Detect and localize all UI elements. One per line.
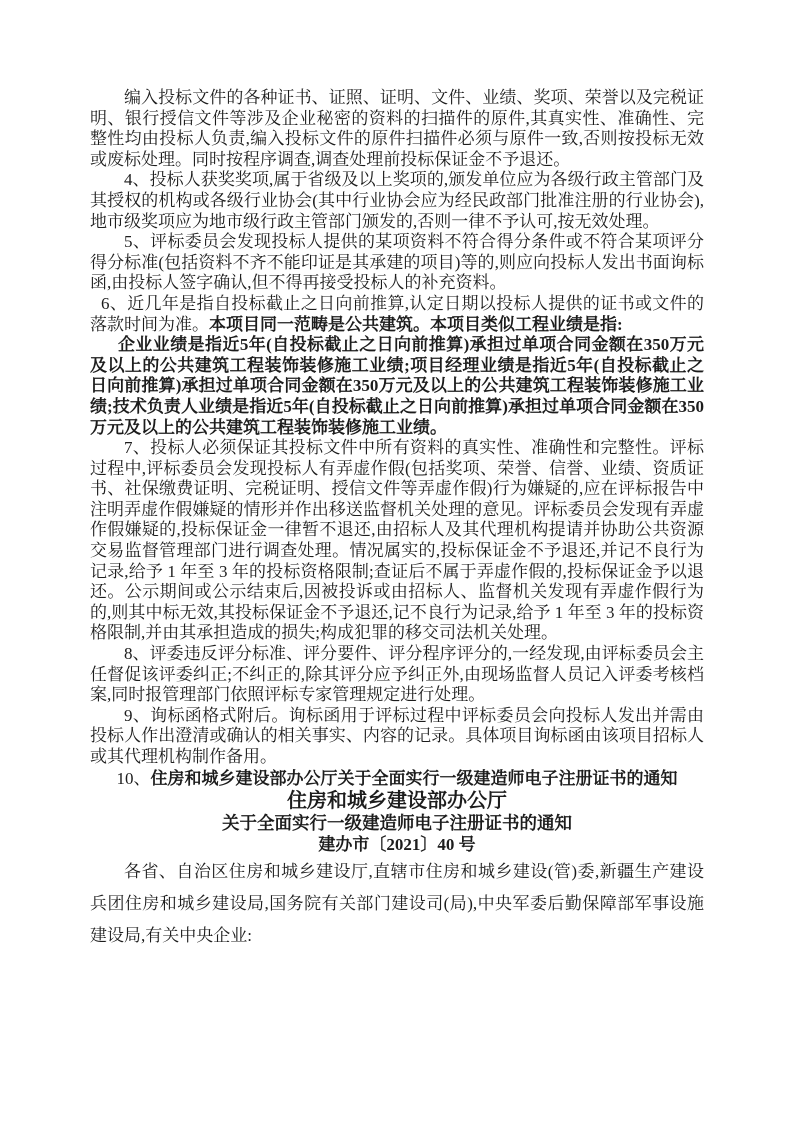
notice-addressees: 各省、自治区住房和城乡建设厅,直辖市住房和城乡建设(管)委,新疆生产建设兵团住房… bbox=[90, 856, 704, 952]
notice-issuer: 住房和城乡建设部办公厅 bbox=[90, 790, 704, 812]
clause-item-10-number: 10、 bbox=[117, 769, 151, 788]
clause-item-10-title: 住房和城乡建设部办公厅关于全面实行一级建造师电子注册证书的通知 bbox=[151, 769, 678, 788]
clause-item-10-heading: 10、住房和城乡建设部办公厅关于全面实行一级建造师电子注册证书的通知 bbox=[90, 768, 704, 790]
page-content: 编入投标文件的各种证书、证照、证明、文件、业绩、奖项、荣誉以及完税证明、银行授信… bbox=[90, 88, 704, 952]
performance-definition-block: 企业业绩是指近5年(自投标截止之日向前推算)承担过单项合同金额在350万元及以上… bbox=[90, 335, 704, 438]
notice-doc-number: 建办市〔2021〕40 号 bbox=[90, 834, 704, 856]
clause-item-5: 5、评标委员会发现投标人提供的某项资料不符合得分条件或不符合某项评分得分标准(包… bbox=[90, 232, 704, 294]
clause-item-6: 6、近几年是指自投标截止之日向前推算,认定日期以投标人提供的证书或文件的落款时间… bbox=[90, 294, 704, 335]
clause-item-6-bold-text: 本项目同一范畴是公共建筑。本项目类似工程业绩是指: bbox=[209, 315, 623, 334]
clause-item-4: 4、投标人获奖奖项,属于省级及以上奖项的,颁发单位应为各级行政主管部门及其授权的… bbox=[90, 170, 704, 232]
document-page: 编入投标文件的各种证书、证照、证明、文件、业绩、奖项、荣誉以及完税证明、银行授信… bbox=[0, 0, 794, 1122]
clause-item-8: 8、评委违反评分标准、评分要件、评分程序评分的,一经发现,由评标委员会主任督促该… bbox=[90, 644, 704, 706]
clause-item-9: 9、询标函格式附后。询标函用于评标过程中评标委员会向投标人发出并需由投标人作出澄… bbox=[90, 706, 704, 768]
paragraph-scan-originals: 编入投标文件的各种证书、证照、证明、文件、业绩、奖项、荣誉以及完税证明、银行授信… bbox=[90, 88, 704, 170]
notice-title: 关于全面实行一级建造师电子注册证书的通知 bbox=[90, 812, 704, 834]
clause-item-7: 7、投标人必须保证其投标文件中所有资料的真实性、准确性和完整性。评标过程中,评标… bbox=[90, 438, 704, 644]
